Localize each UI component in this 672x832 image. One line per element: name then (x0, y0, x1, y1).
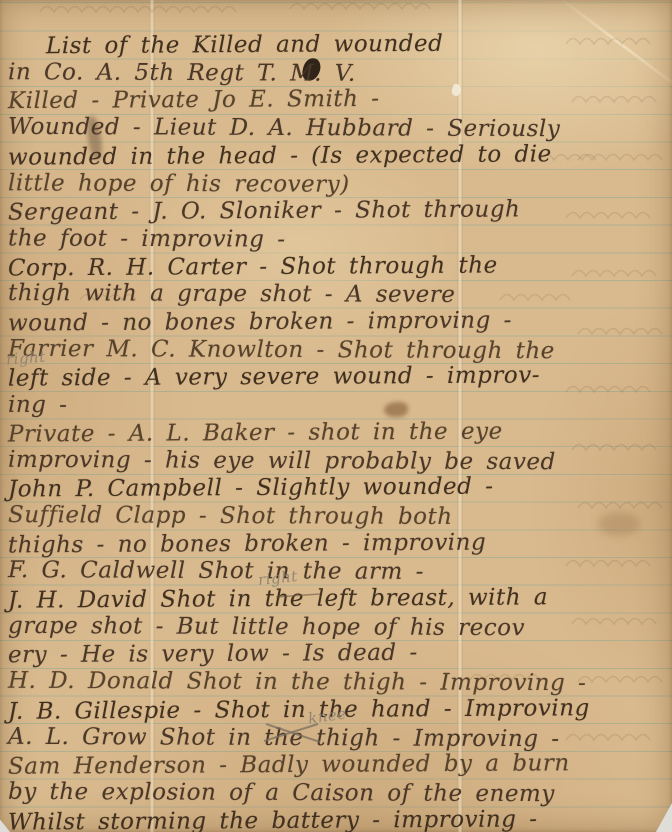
scanned-document: List of the Killed and woundedin Co. A. … (0, 0, 672, 832)
handwritten-line: by the explosion of a Caison of the enem… (8, 779, 555, 807)
document-title-line: List of the Killed and wounded (46, 31, 443, 59)
handwritten-line: Sam Henderson - Badly wounded by a burn (8, 750, 570, 779)
handwritten-line: A. L. Grow Shot in the thigh - Improving… (8, 723, 560, 751)
handwritten-line: thigh with a grape shot - A severe (8, 280, 456, 308)
handwritten-line: John P. Campbell - Slightly wounded - (8, 474, 494, 503)
handwritten-line: Killed - Private Jo E. Smith - (8, 86, 380, 114)
handwritten-line: Wounded - Lieut D. A. Hubbard - Seriousl… (8, 114, 560, 142)
handwritten-line: J. B. Gillespie - Shot in the hand - Imp… (8, 695, 590, 725)
handwritten-line: little hope of his recovery) (8, 170, 350, 197)
handwritten-line: Suffield Clapp - Shot through both (8, 502, 453, 530)
handwritten-line: grape shot - But little hope of his reco… (8, 613, 525, 641)
handwritten-line: wound - no bones broken - improving - (8, 307, 512, 336)
handwritten-line: ery - He is very low - Is dead - (8, 640, 418, 669)
handwritten-line: F. G. Caldwell Shot in the arm - (8, 557, 424, 585)
handwritten-line: H. D. Donald Shot in the thigh - Improvi… (8, 668, 586, 697)
handwritten-line: Sergeant - J. O. Sloniker - Shot through (8, 197, 520, 226)
handwritten-line: Corp. R. H. Carter - Shot through the (8, 252, 498, 281)
handwritten-line: J. H. David Shot in the left breast, wit… (8, 584, 548, 613)
handwritten-line: the foot - improving - (8, 225, 286, 252)
paper-sheet: List of the Killed and woundedin Co. A. … (0, 0, 672, 832)
handwritten-line: Farrier M. C. Knowlton - Shot through th… (8, 335, 555, 363)
handwritten-line: improving - his eye will probably be sav… (8, 446, 556, 474)
handwritten-line: ing - (8, 392, 68, 418)
handwritten-line: thighs - no bones broken - improving (8, 529, 486, 558)
handwritten-line: in Co. A. 5th Regt T. M. V. (8, 59, 356, 87)
handwritten-line: Whilst storming the battery - improving … (8, 806, 538, 832)
handwritten-line: Private - A. L. Baker - shot in the eye (8, 418, 503, 447)
handwritten-line: wounded in the head - (Is expected to di… (8, 141, 552, 170)
handwritten-line: left side - A very severe wound - improv… (8, 363, 540, 392)
pencil-annotation-right-side: right (5, 348, 46, 369)
